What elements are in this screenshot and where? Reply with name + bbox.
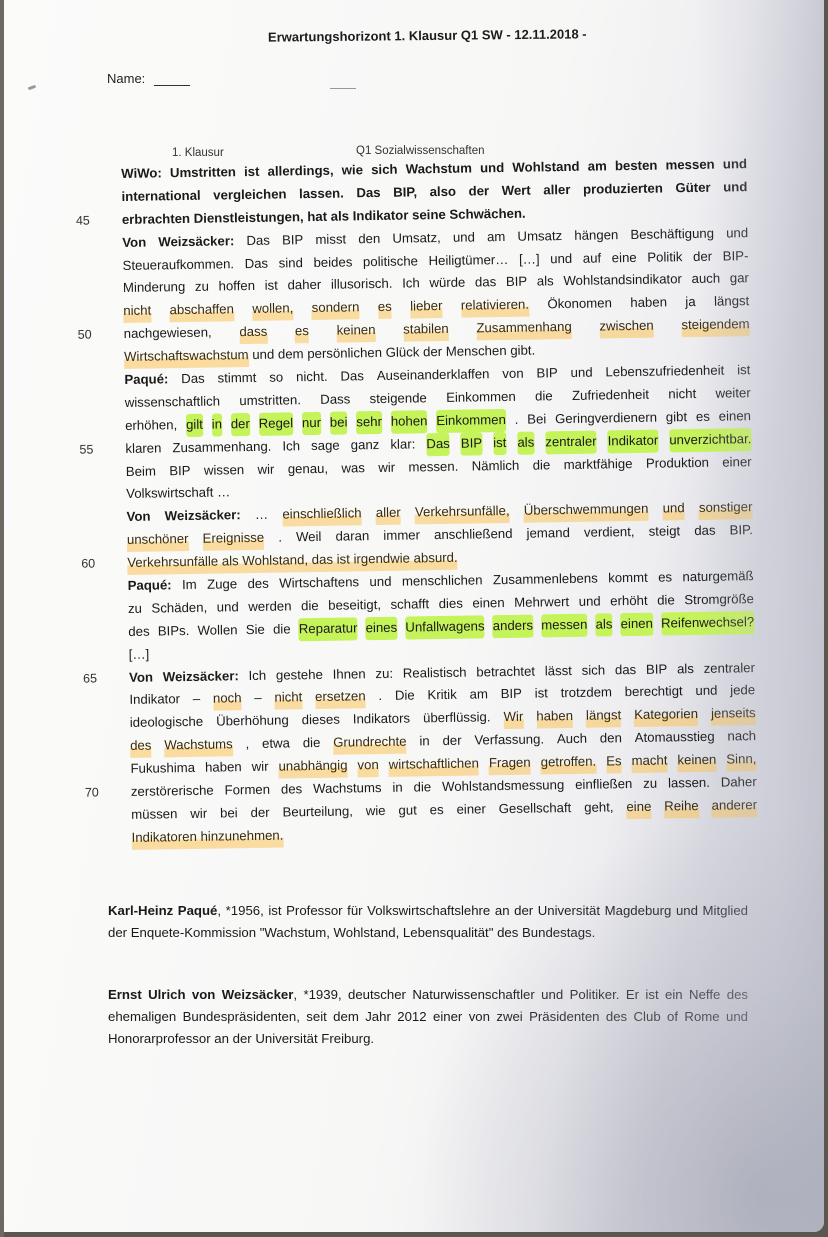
text-span: aller bbox=[543, 179, 570, 202]
text-span: nicht. bbox=[296, 366, 328, 389]
text-span: produzierten bbox=[583, 177, 663, 201]
text-span: trotzdem bbox=[560, 682, 612, 706]
text-span: das bbox=[694, 520, 716, 543]
text-span: und bbox=[570, 362, 592, 385]
text-span: verdient, bbox=[584, 521, 635, 545]
text-span: und bbox=[695, 680, 717, 703]
text-span: lassen. bbox=[668, 772, 710, 796]
text-span: die bbox=[413, 776, 431, 799]
green-highlight: messen bbox=[541, 614, 588, 638]
text-span: Nämlich bbox=[471, 454, 519, 478]
text-span: zentraler bbox=[703, 657, 755, 681]
green-highlight: hohen bbox=[391, 410, 428, 433]
text-span: die bbox=[657, 589, 675, 612]
green-highlight: als bbox=[517, 431, 534, 454]
text-span: Wirtschaftens bbox=[279, 571, 359, 595]
orange-highlight: relativieren. bbox=[461, 294, 530, 318]
text-span: Einkommen bbox=[446, 386, 516, 410]
green-highlight: Reifenwechsel? bbox=[661, 611, 754, 635]
text-span: Wohlstandsindikator bbox=[563, 269, 682, 294]
text-span: die bbox=[532, 454, 550, 477]
text-span: Wohlstand bbox=[512, 156, 580, 180]
text-span: und bbox=[453, 226, 475, 249]
text-span: das bbox=[615, 659, 637, 682]
text-span: BIPs. bbox=[158, 620, 190, 643]
text-span: Umsatz bbox=[517, 225, 562, 249]
text-span: zu bbox=[643, 773, 657, 796]
text-span: marktfähige bbox=[563, 453, 632, 477]
orange-highlight: wirtschaftlichen bbox=[389, 753, 480, 777]
text-span: BIP bbox=[500, 683, 522, 706]
text-span: . bbox=[278, 527, 282, 550]
text-span: wissen bbox=[204, 459, 245, 483]
green-highlight: als bbox=[595, 613, 612, 636]
text-span: stimmt bbox=[217, 367, 256, 390]
text-span: Überhöhung bbox=[216, 710, 289, 734]
text-span: allerdings, bbox=[267, 160, 333, 184]
orange-highlight: des bbox=[130, 735, 152, 758]
text-span: Dass bbox=[320, 388, 350, 411]
text-span: eine bbox=[612, 246, 637, 269]
text-span: Zusammenhang. bbox=[172, 435, 271, 459]
text-span: Fukushima bbox=[130, 757, 195, 781]
text-span: Im bbox=[182, 574, 197, 597]
text-span: des bbox=[128, 620, 150, 643]
text-span: jemand bbox=[526, 522, 570, 546]
text-span: Geringverdienern bbox=[555, 406, 657, 430]
text-span: und bbox=[550, 247, 572, 270]
text-span: und bbox=[723, 153, 748, 176]
text-span: in bbox=[419, 730, 430, 753]
orange-highlight: anderer bbox=[711, 794, 757, 818]
orange-highlight: Indikatoren hinzunehmen. bbox=[131, 824, 283, 849]
line-number: 60 bbox=[81, 553, 95, 576]
text-span: als bbox=[537, 271, 554, 294]
text-span: Umstritten bbox=[170, 161, 236, 185]
text-span: schafft bbox=[390, 593, 429, 616]
name-blank-line bbox=[154, 85, 190, 86]
text-span: BIP bbox=[646, 658, 668, 681]
text-span: Von bbox=[126, 506, 150, 529]
text-span: daher bbox=[287, 274, 321, 297]
text-span: haben bbox=[630, 292, 667, 315]
text-span: des bbox=[281, 778, 303, 801]
text-span: Heiligtümer… bbox=[428, 248, 508, 272]
orange-highlight: ersetzen bbox=[315, 686, 366, 710]
text-span: betrachtet bbox=[476, 660, 535, 684]
text-span: lässt bbox=[545, 660, 572, 683]
text-span: Weil bbox=[296, 526, 322, 549]
text-span: erhöht bbox=[610, 590, 648, 613]
text-span: Indikators bbox=[353, 708, 411, 732]
text-span: wie bbox=[366, 800, 386, 823]
orange-highlight: Verkehrsunfälle, bbox=[415, 500, 510, 524]
text-span: steigt bbox=[648, 521, 680, 544]
document-page: Erwartungshorizont 1. Klausur Q1 SW - 12… bbox=[4, 0, 824, 1232]
orange-highlight: Reihe bbox=[664, 795, 699, 818]
text-span: … bbox=[255, 504, 269, 527]
text-span: Paqué: bbox=[127, 574, 171, 598]
text-span: und bbox=[369, 571, 391, 594]
text-span: haben bbox=[205, 756, 242, 779]
green-highlight: in bbox=[212, 413, 223, 436]
text-span: und bbox=[480, 157, 505, 180]
text-span: einer bbox=[456, 798, 486, 821]
text-span: naturgemäß bbox=[682, 565, 753, 589]
orange-highlight: dass bbox=[239, 321, 267, 344]
green-highlight: anders bbox=[493, 614, 534, 638]
text-span: zerstörerische bbox=[131, 780, 214, 804]
text-span: Zusammenlebens bbox=[493, 568, 598, 593]
text-span: Lebenszufriedenheit bbox=[605, 360, 724, 385]
orange-highlight: sondern bbox=[312, 297, 360, 321]
text-span: ja bbox=[685, 291, 696, 314]
orange-highlight: eine bbox=[626, 796, 651, 819]
text-span: von bbox=[502, 363, 524, 386]
orange-highlight: unschöner bbox=[127, 528, 189, 552]
text-span: politische bbox=[363, 250, 418, 274]
text-span: Atomausstieg bbox=[635, 726, 715, 750]
text-span: der bbox=[250, 802, 269, 825]
green-highlight: eines bbox=[365, 617, 397, 640]
text-span: Zufriedenheit bbox=[572, 384, 649, 408]
text-span: nicht bbox=[668, 383, 696, 406]
orange-highlight: Wirtschaftswachstum bbox=[124, 344, 249, 369]
text-span: die bbox=[273, 618, 291, 641]
bio-weizsaecker: Ernst Ulrich von Weizsäcker, *1939, deut… bbox=[108, 984, 748, 1050]
text-span: […] bbox=[129, 643, 150, 666]
text-span: wir bbox=[190, 803, 207, 826]
text-span: Weizsäcker: bbox=[163, 665, 239, 689]
orange-highlight: Wir bbox=[503, 706, 523, 729]
text-span: erhöhen, bbox=[125, 414, 177, 438]
bio-name: Ernst Ulrich von Weizsäcker bbox=[108, 987, 293, 1002]
text-span: Von bbox=[129, 666, 153, 689]
text-span: sich bbox=[582, 659, 606, 682]
text-span: Realistisch bbox=[403, 661, 467, 685]
text-span: der bbox=[468, 180, 489, 203]
green-highlight: Einkommen bbox=[436, 409, 506, 433]
text-span: hängen bbox=[574, 224, 618, 248]
text-span: geht, bbox=[584, 796, 614, 819]
text-span: wie bbox=[342, 159, 364, 182]
orange-highlight: getroffen. bbox=[541, 751, 597, 775]
orange-highlight: noch bbox=[213, 688, 242, 711]
text-span: nachgewiesen, bbox=[124, 322, 212, 346]
orange-highlight: macht bbox=[631, 750, 667, 773]
green-highlight: einen bbox=[620, 613, 653, 636]
text-span: es bbox=[696, 406, 710, 429]
text-span: Steueraufkommen. bbox=[122, 253, 234, 278]
text-span: längst bbox=[714, 290, 750, 313]
text-span: Volkswirtschaft … bbox=[126, 482, 230, 507]
text-span: sind bbox=[279, 252, 304, 275]
text-span: bei bbox=[220, 802, 238, 825]
orange-highlight: einschließlich bbox=[282, 503, 362, 527]
text-span: Wachstum bbox=[406, 157, 473, 181]
stray-line bbox=[330, 88, 356, 89]
text-span: Ihnen bbox=[332, 663, 365, 686]
text-span: einfließen bbox=[575, 773, 633, 797]
paper-speck bbox=[28, 85, 37, 91]
text-span: wir bbox=[252, 756, 269, 779]
text-span: Ich bbox=[402, 273, 420, 296]
green-highlight: Reparatur bbox=[299, 617, 358, 641]
green-highlight: Indikator bbox=[607, 429, 658, 453]
text-span: Minderung bbox=[123, 276, 186, 300]
text-span: kommt bbox=[608, 567, 648, 591]
text-span: Von bbox=[122, 231, 146, 254]
text-span: ganz bbox=[351, 434, 380, 457]
text-span: Bei bbox=[527, 408, 546, 431]
text-span: des bbox=[247, 573, 269, 596]
green-highlight: ist bbox=[493, 432, 507, 455]
green-highlight: BIP bbox=[461, 432, 483, 455]
text-span: klaren bbox=[125, 437, 161, 460]
text-span: als bbox=[677, 658, 694, 681]
text-span: daran bbox=[335, 525, 369, 548]
text-span: Beim bbox=[126, 460, 156, 483]
text-span: ist bbox=[535, 683, 549, 706]
green-highlight: nur bbox=[302, 412, 321, 435]
text-span: Das bbox=[181, 368, 205, 391]
text-span: misst bbox=[315, 228, 346, 251]
orange-highlight: und bbox=[662, 498, 684, 521]
text-span: Beurteilung, bbox=[282, 800, 353, 824]
text-span: wissenschaftlich bbox=[125, 390, 221, 414]
text-span: BIP bbox=[536, 362, 558, 385]
text-span: Beschäftigung bbox=[630, 222, 714, 246]
text-span: – bbox=[193, 688, 201, 711]
line-number: 70 bbox=[85, 781, 99, 804]
line-number: 55 bbox=[79, 438, 93, 461]
text-span: und bbox=[579, 590, 601, 613]
orange-highlight: jenseits bbox=[711, 702, 756, 726]
text-span: ist bbox=[264, 275, 278, 298]
text-span: würde bbox=[429, 272, 465, 295]
text-span: besten bbox=[615, 155, 658, 179]
orange-highlight: abschaffen bbox=[169, 299, 234, 323]
text-span: ist bbox=[244, 161, 260, 184]
text-span: Sie bbox=[246, 619, 265, 642]
orange-highlight: sonstiger bbox=[699, 496, 753, 520]
line-number: 50 bbox=[78, 324, 92, 347]
text-span: BIP- bbox=[723, 245, 749, 268]
text-span: jede bbox=[730, 680, 755, 703]
text-span: auch bbox=[691, 268, 720, 291]
text-span: so bbox=[269, 366, 283, 389]
text-span: die bbox=[301, 595, 319, 618]
text-span: , bbox=[245, 733, 249, 756]
document-title: Erwartungshorizont 1. Klausur Q1 SW - 12… bbox=[268, 26, 587, 44]
green-highlight: Das bbox=[426, 433, 450, 456]
text-span: international bbox=[121, 185, 200, 209]
text-span: messen bbox=[665, 154, 714, 178]
orange-highlight: lieber bbox=[410, 295, 443, 318]
text-span: genau, bbox=[288, 457, 329, 481]
text-span: wir bbox=[378, 456, 395, 479]
text-span: Stromgröße bbox=[684, 588, 754, 612]
text-span: werden bbox=[248, 595, 292, 619]
text-span: Wollen bbox=[197, 619, 237, 643]
line-number: 65 bbox=[83, 667, 97, 690]
text-span: ist bbox=[737, 359, 751, 382]
text-span: umstritten. bbox=[239, 389, 301, 413]
text-span: […] bbox=[519, 248, 540, 271]
orange-highlight: keinen bbox=[677, 749, 716, 772]
text-span: Wohlstandsmessung bbox=[442, 774, 565, 799]
text-span: den bbox=[600, 727, 622, 750]
green-highlight: sehr bbox=[356, 411, 382, 434]
text-span: Indikator bbox=[129, 689, 180, 713]
text-span: den bbox=[358, 228, 380, 251]
text-span: . bbox=[378, 685, 382, 708]
text-span: gestehe bbox=[276, 663, 323, 687]
text-span: Auch bbox=[557, 728, 587, 751]
orange-highlight: es bbox=[295, 320, 309, 343]
text-span: weiter bbox=[715, 382, 751, 405]
text-span: Formen bbox=[224, 779, 270, 803]
text-span: Ökonomen bbox=[547, 293, 612, 317]
text-span: und bbox=[726, 222, 748, 245]
text-span: was bbox=[341, 457, 365, 480]
line-number: 45 bbox=[76, 209, 90, 232]
text-span: Mehrwert bbox=[514, 591, 569, 615]
text-span: Ich bbox=[282, 435, 300, 458]
text-span: steigende bbox=[369, 387, 427, 411]
text-span: – bbox=[254, 687, 262, 710]
orange-highlight: nicht bbox=[123, 300, 151, 323]
orange-highlight: Sinn, bbox=[726, 748, 756, 771]
text-span: vergleichen bbox=[213, 183, 287, 207]
text-span: menschlichen bbox=[402, 569, 483, 593]
text-span: BIP bbox=[169, 460, 191, 483]
text-span: Paqué: bbox=[124, 368, 168, 392]
text-span: Wert bbox=[502, 179, 531, 202]
text-span: Güter bbox=[675, 177, 711, 200]
green-highlight: Regel bbox=[259, 412, 294, 435]
text-span: auf bbox=[583, 247, 602, 270]
text-span: etwa bbox=[262, 733, 290, 756]
text-span: der bbox=[693, 245, 712, 268]
text-span: . bbox=[515, 409, 519, 432]
text-span: der bbox=[442, 730, 461, 753]
text-span: Zuge bbox=[207, 573, 237, 596]
orange-highlight: Kategorien bbox=[634, 703, 698, 727]
text-span: überflüssig. bbox=[423, 707, 491, 731]
text-span: am bbox=[469, 684, 488, 707]
interview-text: WiWo:Umstrittenistallerdings,wiesichWach… bbox=[121, 153, 758, 849]
text-span: berechtigt bbox=[625, 681, 683, 705]
text-span: am bbox=[487, 226, 506, 249]
text-span: beides bbox=[313, 251, 352, 274]
text-span: es bbox=[430, 799, 444, 822]
text-span: Gesellschaft bbox=[499, 797, 572, 821]
orange-highlight: Zusammenhang bbox=[476, 316, 572, 340]
orange-highlight: Ereignisse bbox=[202, 527, 264, 551]
text-span: müssen bbox=[131, 803, 178, 827]
course-name: Q1 Sozialwissenschaften bbox=[356, 145, 484, 157]
green-highlight: Unfallwagens bbox=[405, 615, 485, 639]
text-span: BIP bbox=[506, 271, 528, 294]
text-span: messen. bbox=[408, 455, 458, 479]
text-span: hoffen bbox=[218, 275, 255, 298]
orange-highlight: steigendem bbox=[681, 313, 750, 337]
text-span: illusorisch. bbox=[331, 273, 393, 297]
text-span: gut bbox=[398, 799, 417, 822]
bio-name: Karl-Heinz Paqué bbox=[108, 903, 217, 918]
text-span: und bbox=[217, 596, 239, 619]
orange-highlight: Wachstums bbox=[164, 734, 233, 758]
text-span: klar: bbox=[390, 433, 415, 456]
text-span: immer bbox=[383, 525, 420, 548]
text-span: es bbox=[658, 566, 672, 589]
text-span: Verfassung. bbox=[474, 729, 544, 753]
orange-highlight: Fragen bbox=[489, 752, 531, 776]
orange-highlight: Überschwemmungen bbox=[524, 498, 649, 523]
orange-highlight: es bbox=[378, 296, 392, 319]
orange-highlight: stabilen bbox=[403, 318, 449, 342]
green-highlight: zentraler bbox=[545, 430, 597, 454]
text-span: am bbox=[588, 155, 607, 178]
orange-highlight: aller bbox=[376, 502, 401, 525]
text-span: gar bbox=[730, 268, 749, 291]
orange-highlight: keinen bbox=[336, 319, 375, 342]
text-span: sich bbox=[371, 159, 398, 182]
orange-highlight: längst bbox=[586, 705, 622, 728]
text-span: Das bbox=[246, 229, 270, 252]
text-span: BIP bbox=[282, 229, 304, 252]
text-span: zu: bbox=[375, 662, 393, 685]
text-span: WiWo: bbox=[121, 162, 162, 186]
green-highlight: unverzichtbar. bbox=[669, 428, 751, 452]
text-span: Ich bbox=[248, 664, 266, 687]
orange-highlight: nicht bbox=[274, 687, 302, 710]
text-span: anschließend bbox=[434, 523, 513, 547]
text-span: Produktion bbox=[646, 451, 709, 475]
text-span: Weizsäcker: bbox=[165, 505, 241, 529]
text-span: in bbox=[392, 777, 403, 800]
text-span: Das bbox=[340, 365, 364, 388]
text-span: Das bbox=[244, 252, 268, 275]
text-span: Weizsäcker: bbox=[158, 230, 234, 254]
green-highlight: der bbox=[231, 413, 250, 436]
text-span: also bbox=[429, 181, 456, 204]
text-span: Politik bbox=[647, 246, 683, 269]
text-span: zu bbox=[195, 276, 209, 299]
text-span: gibt bbox=[666, 406, 688, 429]
text-span: die bbox=[303, 732, 321, 755]
exam-number: 1. Klausur bbox=[172, 147, 224, 159]
text-span: lassen. bbox=[299, 182, 344, 206]
text-span: wir bbox=[257, 458, 274, 481]
text-span: einen bbox=[719, 405, 752, 428]
text-span: BIP, bbox=[393, 181, 417, 204]
text-span: das bbox=[475, 272, 497, 295]
text-span: Das bbox=[356, 182, 381, 205]
text-span: sage bbox=[311, 434, 340, 457]
orange-highlight: Es bbox=[606, 750, 622, 773]
text-span: Wachstums bbox=[313, 777, 382, 801]
text-span: Kritik bbox=[427, 684, 457, 707]
text-span: Umsatz, bbox=[392, 227, 441, 251]
text-span: einen bbox=[472, 592, 505, 615]
orange-highlight: unabhängig bbox=[278, 755, 347, 779]
text-span: und bbox=[723, 176, 748, 199]
green-highlight: gilt bbox=[186, 414, 203, 437]
text-span: beseitigt, bbox=[328, 594, 381, 618]
text-span: einer bbox=[722, 451, 752, 474]
